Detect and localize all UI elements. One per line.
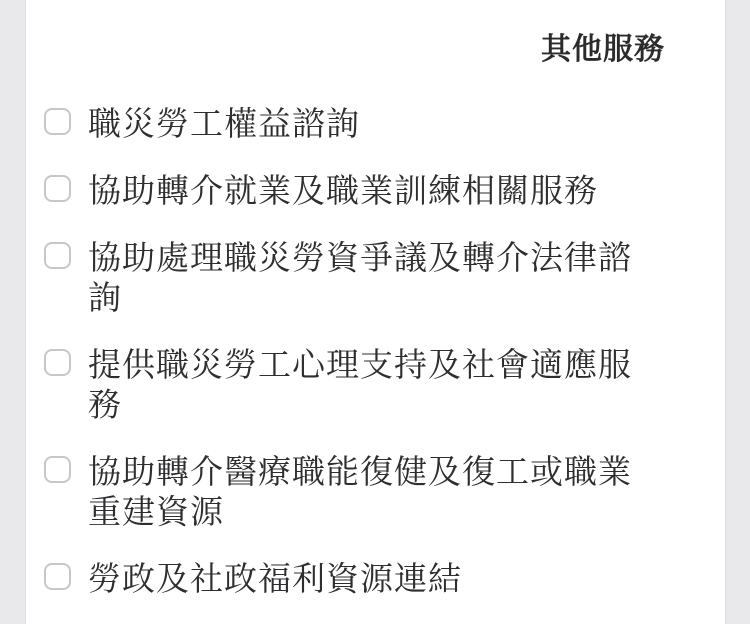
- checkbox-unchecked-icon[interactable]: [44, 108, 71, 135]
- checkbox-option[interactable]: 協助轉介就業及職業訓練相關服務: [44, 171, 665, 211]
- checkbox-group: 職災勞工權益諮詢 協助轉介就業及職業訓練相關服務 協助處理職災勞資爭議及轉介法律…: [44, 104, 665, 599]
- checkbox-option[interactable]: 提供職災勞工心理支持及社會適應服務: [44, 345, 665, 425]
- checkbox-option-label: 協助處理職災勞資爭議及轉介法律諮詢: [88, 238, 665, 318]
- other-services-section: 其他服務 職災勞工權益諮詢 協助轉介就業及職業訓練相關服務 協助處理職災勞資爭議…: [26, 0, 725, 599]
- checkbox-unchecked-icon[interactable]: [44, 563, 71, 590]
- checkbox-unchecked-icon[interactable]: [44, 456, 71, 483]
- checkbox-option-label: 提供職災勞工心理支持及社會適應服務: [88, 345, 665, 425]
- checkbox-unchecked-icon[interactable]: [44, 349, 71, 376]
- form-panel: 其他服務 職災勞工權益諮詢 協助轉介就業及職業訓練相關服務 協助處理職災勞資爭議…: [25, 0, 726, 624]
- checkbox-option[interactable]: 協助處理職災勞資爭議及轉介法律諮詢: [44, 238, 665, 318]
- checkbox-option[interactable]: 職災勞工權益諮詢: [44, 104, 665, 144]
- section-title: 其他服務: [44, 29, 665, 71]
- checkbox-option-label: 職災勞工權益諮詢: [88, 104, 360, 144]
- checkbox-option-label: 勞政及社政福利資源連結: [88, 559, 462, 599]
- checkbox-unchecked-icon[interactable]: [44, 242, 71, 269]
- checkbox-option[interactable]: 勞政及社政福利資源連結: [44, 559, 665, 599]
- checkbox-option-label: 協助轉介就業及職業訓練相關服務: [88, 171, 598, 211]
- checkbox-option-label: 協助轉介醫療職能復健及復工或職業重建資源: [88, 452, 665, 532]
- checkbox-option[interactable]: 協助轉介醫療職能復健及復工或職業重建資源: [44, 452, 665, 532]
- checkbox-unchecked-icon[interactable]: [44, 175, 71, 202]
